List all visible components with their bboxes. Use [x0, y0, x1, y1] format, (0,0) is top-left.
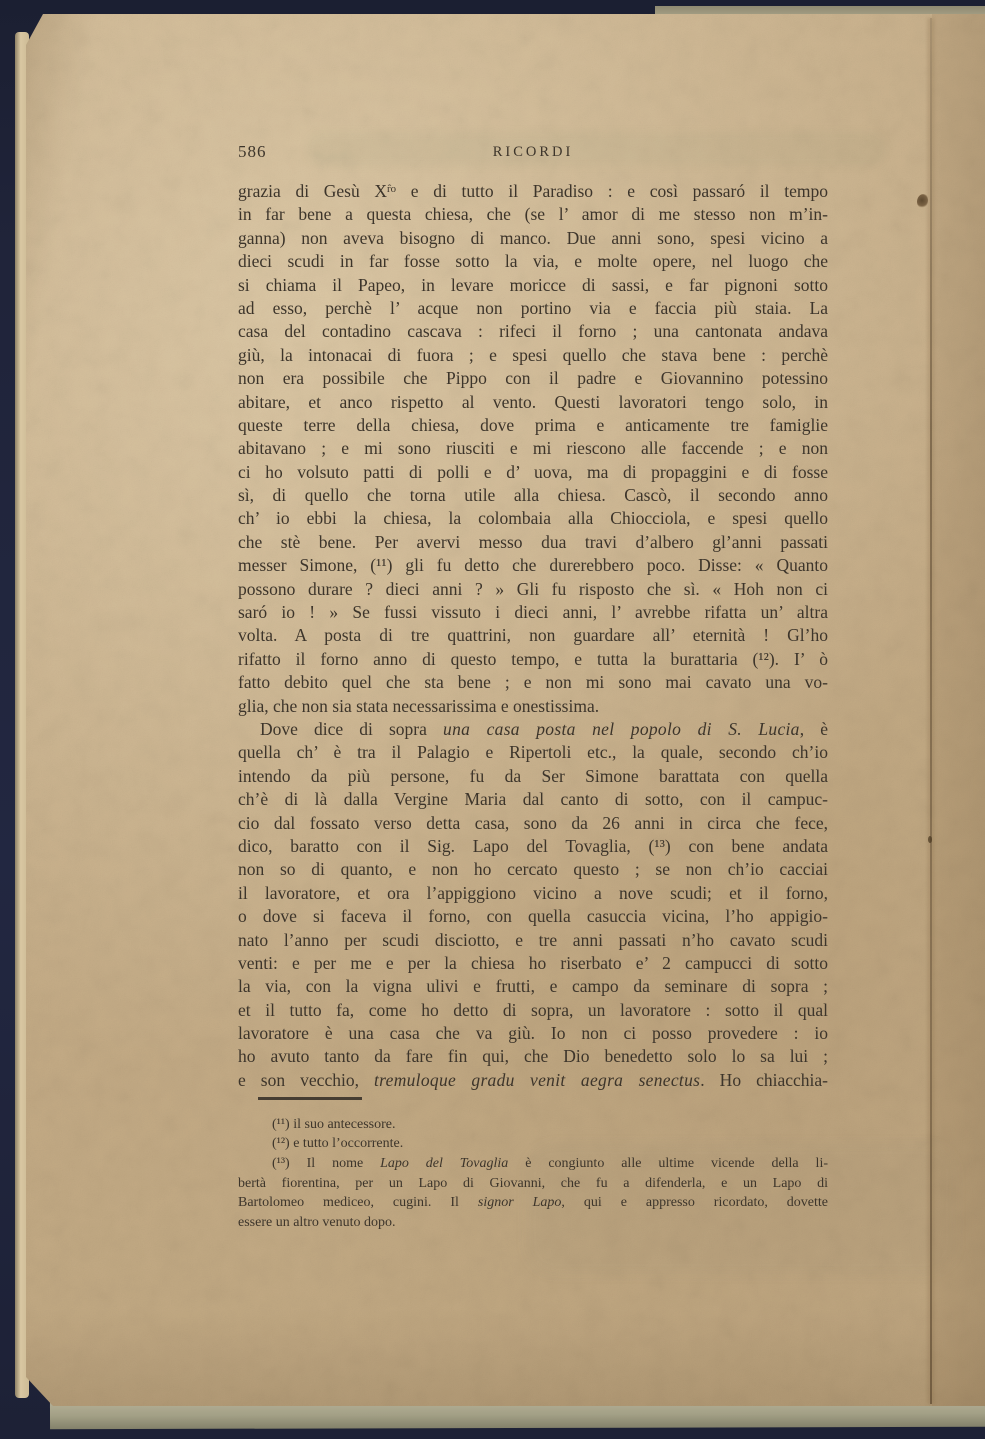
paper-fleck	[928, 836, 932, 843]
text-line: in far bene a questa chiesa, che (se l’ …	[238, 203, 828, 226]
text-line: volta. A posta di tre quattrini, non gua…	[238, 624, 828, 647]
page-fold-shade	[932, 14, 985, 1406]
running-title: RICORDI	[238, 144, 828, 161]
text-line: fatto debito quel che sta bene ; e non m…	[238, 671, 828, 694]
text-line: rifatto il forno anno di questo tempo, e…	[238, 648, 828, 671]
text-line: lavoratore è una casa che va giù. Io non…	[238, 1022, 828, 1045]
text-line: ch’è di là dalla Vergine Maria dal canto…	[238, 788, 828, 811]
text-line: saró io ! » Se fussi vissuto i dieci ann…	[238, 601, 828, 624]
text-line: intendo da più persone, fu da Ser Simone…	[238, 765, 828, 788]
footnote-line: (¹³) Il nome Lapo del Tovaglia è congiun…	[238, 1154, 828, 1174]
text-line: il lavoratore, et ora l’appiggiono vicin…	[238, 882, 828, 905]
text-line: ganna) non aveva bisogno di manco. Due a…	[238, 227, 828, 250]
text-line: dieci scudi in far fosse sotto la via, e…	[238, 250, 828, 273]
text-line: giù, la intonacai di fuora ; e spesi que…	[238, 344, 828, 367]
text-line: Dove dice di sopra una casa posta nel po…	[238, 718, 828, 741]
text-line: cio dal fossato verso detta casa, sono d…	[238, 812, 828, 835]
text-line: o dove si faceva il forno, con quella ca…	[238, 905, 828, 928]
text-line: abitare, et anco rispetto al vento. Ques…	[238, 391, 828, 414]
text-line: che stè bene. Per avervi messo dua travi…	[238, 531, 828, 554]
text-line: nato l’anno per scudi disciotto, e tre a…	[238, 929, 828, 952]
footnote-separator	[258, 1097, 362, 1100]
footnote-line: (¹¹) il suo antecessore.	[238, 1115, 828, 1135]
page-content: 586 RICORDI grazia di Gesù Xr̂o e di tut…	[238, 142, 828, 1232]
text-line: ho avuto tanto da fare fin qui, che Dio …	[238, 1045, 828, 1068]
text-line: messer Simone, (¹¹) gli fu detto che dur…	[238, 554, 828, 577]
paper-defect-spot	[917, 194, 928, 208]
footnote-line: bertà fiorentina, per un Lapo di Giovann…	[238, 1174, 828, 1194]
book-page-paper: 586 RICORDI grazia di Gesù Xr̂o e di tut…	[26, 14, 985, 1406]
page-fold-line	[930, 18, 932, 1404]
text-line: quella ch’ è tra il Palagio e Ripertoli …	[238, 741, 828, 764]
text-line: dico, baratto con il Sig. Lapo del Tovag…	[238, 835, 828, 858]
text-line: la via, con la vigna ulivi e frutti, e c…	[238, 975, 828, 998]
text-line: abitavano ; e mi sono riusciti e mi ries…	[238, 437, 828, 460]
text-line: sì, di quello che torna utile alla chies…	[238, 484, 828, 507]
text-line: ad esso, perchè l’ acque non portino via…	[238, 297, 828, 320]
text-line: venti: e per me e per la chiesa ho riser…	[238, 952, 828, 975]
footnote-line: essere un altro venuto dopo.	[238, 1213, 828, 1233]
text-line: grazia di Gesù Xr̂o e di tutto il Paradi…	[238, 180, 828, 203]
text-line: glia, che non sia stata necessarissima e…	[238, 695, 828, 718]
text-line: e son vecchio, tremuloque gradu venit ae…	[238, 1069, 828, 1092]
scanned-book-page: 586 RICORDI grazia di Gesù Xr̂o e di tut…	[0, 0, 985, 1439]
page-header: 586 RICORDI	[238, 142, 828, 164]
text-line: non era possibile che Pippo con il padre…	[238, 367, 828, 390]
text-line: non so di quanto, e non ho cercato quest…	[238, 858, 828, 881]
text-line: et il tutto fa, come ho detto di sopra, …	[238, 999, 828, 1022]
text-line: casa del contadino cascava : rifeci il f…	[238, 320, 828, 343]
text-line: ci ho volsuto patti di polli e d’ uova, …	[238, 461, 828, 484]
text-line: possono durare ? dieci anni ? » Gli fu r…	[238, 578, 828, 601]
footnotes: (¹¹) il suo antecessore.(¹²) e tutto l’o…	[238, 1115, 828, 1233]
body-text: grazia di Gesù Xr̂o e di tutto il Paradi…	[238, 180, 828, 1092]
text-line: queste terre della chiesa, dove prima e …	[238, 414, 828, 437]
text-line: ch’ io ebbi la chiesa, la colombaia alla…	[238, 507, 828, 530]
footnote-line: Bartolomeo mediceo, cugini. Il signor La…	[238, 1193, 828, 1213]
footnote-line: (¹²) e tutto l’occorrente.	[238, 1134, 828, 1154]
text-line: si chiama il Papeo, in levare moricce di…	[238, 274, 828, 297]
